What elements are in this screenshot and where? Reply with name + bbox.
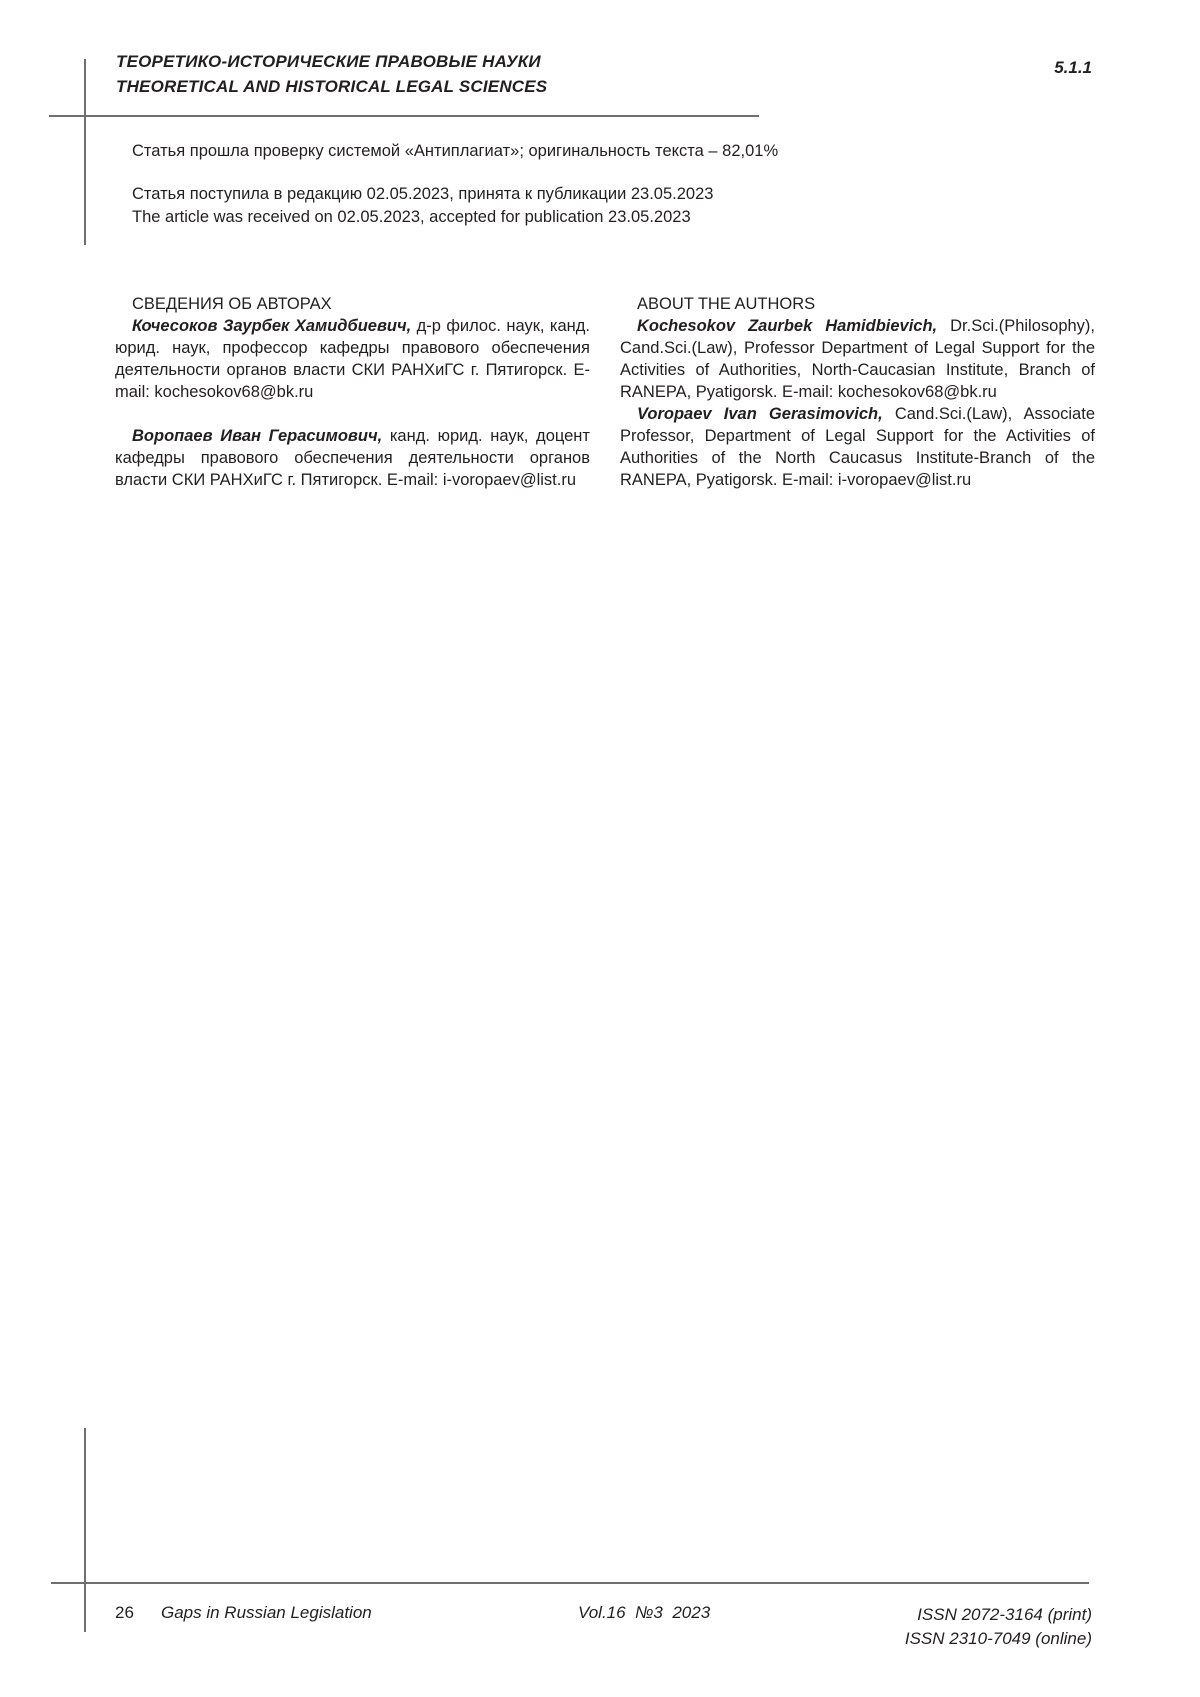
authors-ru-column: СВЕДЕНИЯ ОБ АВТОРАХ Кочесоков Заурбек Ха…: [115, 293, 590, 491]
author-entry: Кочесоков Заурбек Хамидбиевич, д-р филос…: [115, 315, 590, 403]
antiplagiarism-note: Статья прошла проверку системой «Антипла…: [132, 140, 778, 163]
issn-block: ISSN 2072-3164 (print) ISSN 2310-7049 (o…: [905, 1603, 1092, 1651]
author-entry: Kochesokov Zaurbek Hamidbievich, Dr.Sci.…: [620, 315, 1095, 403]
footer-horizontal-rule: [51, 1582, 1089, 1584]
authors-en-column: ABOUT THE AUTHORS Kochesokov Zaurbek Ham…: [620, 293, 1095, 491]
article-meta: Статья прошла проверку системой «Антипла…: [132, 140, 778, 229]
received-date-ru: Статья поступила в редакцию 02.05.2023, …: [132, 183, 778, 206]
header-title-en: THEORETICAL AND HISTORICAL LEGAL SCIENCE…: [116, 74, 547, 99]
page-number: 26: [115, 1603, 134, 1623]
authors-en-heading: ABOUT THE AUTHORS: [620, 293, 1095, 315]
author-name: Воропаев Иван Герасимович,: [132, 427, 382, 445]
header-vertical-rule: [84, 59, 86, 245]
journal-name: Gaps in Russian Legislation: [161, 1603, 372, 1623]
issn-print: ISSN 2072-3164 (print): [905, 1603, 1092, 1627]
header-title-ru: ТЕОРЕТИКО-ИСТОРИЧЕСКИЕ ПРАВОВЫЕ НАУКИ: [116, 49, 547, 74]
footer-vertical-rule: [84, 1428, 86, 1632]
author-name: Кочесоков Заурбек Хамидбиевич,: [132, 317, 411, 335]
author-entry: Воропаев Иван Герасимович, канд. юрид. н…: [115, 425, 590, 491]
running-header: ТЕОРЕТИКО-ИСТОРИЧЕСКИЕ ПРАВОВЫЕ НАУКИ TH…: [116, 49, 547, 99]
received-date-en: The article was received on 02.05.2023, …: [132, 206, 778, 229]
author-entry: Voropaev Ivan Gerasimovich, Cand.Sci.(La…: [620, 403, 1095, 491]
issn-online: ISSN 2310-7049 (online): [905, 1627, 1092, 1651]
author-name: Voropaev Ivan Gerasimovich,: [637, 405, 883, 423]
authors-ru-heading: СВЕДЕНИЯ ОБ АВТОРАХ: [115, 293, 590, 315]
issue-info: Vol.16 №3 2023: [578, 1603, 710, 1623]
section-code: 5.1.1: [1054, 58, 1092, 78]
header-horizontal-rule: [49, 115, 759, 117]
author-name: Kochesokov Zaurbek Hamidbievich,: [637, 317, 937, 335]
